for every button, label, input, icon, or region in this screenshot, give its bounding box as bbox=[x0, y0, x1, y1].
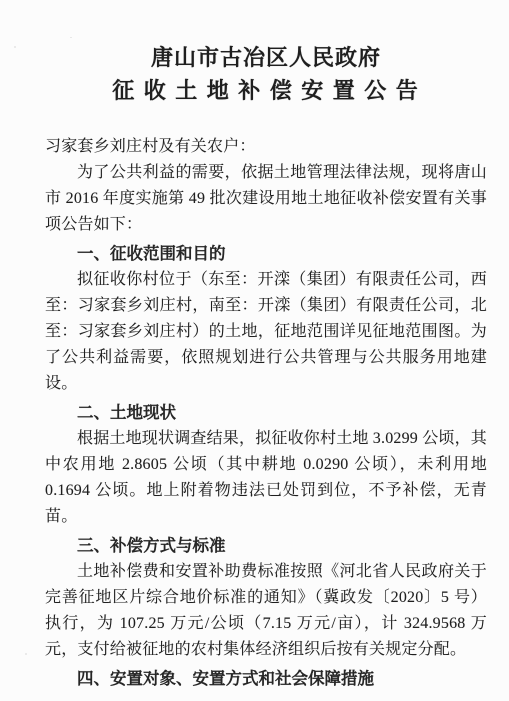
section-compensation-standard: 三、补偿方式与标准 土地补偿费和安置补助费标准按照《河北省人民政府关于完善征地区… bbox=[45, 533, 487, 663]
document-header: 唐山市古冶区人民政府 征 收 土 地 补 偿 安 置 公 告 bbox=[45, 44, 487, 106]
salutation-line: 习家套乡刘庄村及有关农户： bbox=[45, 134, 487, 160]
document-title: 征 收 土 地 补 偿 安 置 公 告 bbox=[45, 76, 487, 106]
section-scope-and-purpose: 一、征收范围和目的 拟征收你村位于（东至：开滦（集团）有限责任公司，西至：习家套… bbox=[45, 241, 487, 397]
intro-paragraph: 为了公共利益的需要，依据土地管理法律法规，现将唐山市 2016 年度实施第 49… bbox=[45, 160, 487, 238]
issuing-authority: 唐山市古冶区人民政府 bbox=[45, 44, 487, 72]
scan-speck bbox=[14, 46, 16, 48]
scanned-announcement-page: 唐山市古冶区人民政府 征 收 土 地 补 偿 安 置 公 告 习家套乡刘庄村及有… bbox=[0, 0, 509, 701]
section-1-heading: 一、征收范围和目的 bbox=[45, 241, 487, 267]
section-4-heading: 四、安置对象、安置方式和社会保障措施 bbox=[45, 666, 487, 692]
section-2-heading: 二、土地现状 bbox=[45, 400, 487, 426]
section-3-paragraph: 土地补偿费和安置补助费标准按照《河北省人民政府关于完善征地区片综合地价标准的通知… bbox=[45, 559, 487, 663]
section-3-heading: 三、补偿方式与标准 bbox=[45, 533, 487, 559]
section-1-paragraph: 拟征收你村位于（东至：开滦（集团）有限责任公司，西至：习家套乡刘庄村，南至：开滦… bbox=[45, 267, 487, 397]
section-resettlement-measures: 四、安置对象、安置方式和社会保障措施 bbox=[45, 666, 487, 692]
scan-speck bbox=[70, 37, 72, 38]
section-land-status: 二、土地现状 根据土地现状调查结果，拟征收你村土地 3.0299 公顷，其中农用… bbox=[45, 400, 487, 530]
section-2-paragraph: 根据土地现状调查结果，拟征收你村土地 3.0299 公顷，其中农用地 2.860… bbox=[45, 426, 487, 530]
scan-speck bbox=[25, 653, 27, 655]
document-body: 习家套乡刘庄村及有关农户： 为了公共利益的需要，依据土地管理法律法规，现将唐山市… bbox=[45, 134, 487, 692]
